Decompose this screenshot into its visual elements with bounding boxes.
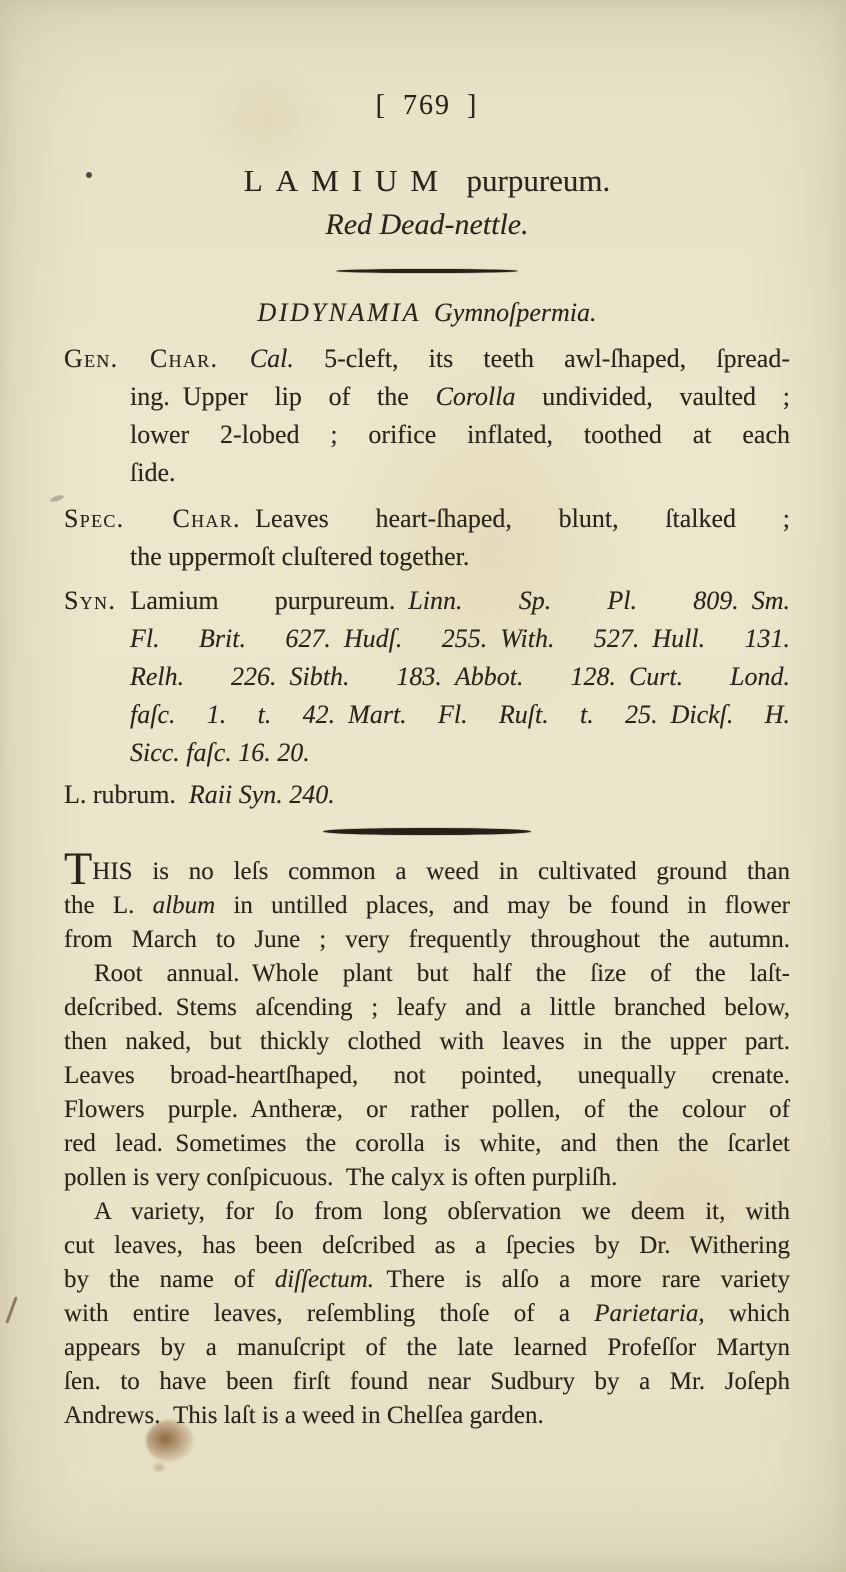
text-line: deſcribed. Stems aſcending ; leafy and a… bbox=[64, 991, 790, 1025]
text-line: Relh. 226. Sibth. 183. Abbot. 128. Curt.… bbox=[64, 658, 790, 696]
text-line: by the name of diſſectum. There is alſo … bbox=[64, 1263, 790, 1297]
text-line: Fl. Brit. 627. Hudſ. 255. With. 527. Hul… bbox=[64, 620, 790, 658]
text-line: the uppermoſt cluſtered together. bbox=[64, 538, 790, 576]
description-body: THIS is no leſs common a weed in cultiva… bbox=[64, 855, 790, 1433]
text-line: Flowers purple. Antheræ, or rather polle… bbox=[64, 1093, 790, 1127]
text-line: lower 2-lobed ; orifice inflated, toothe… bbox=[64, 416, 790, 454]
text-line: faſc. 1. t. 42. Mart. Fl. Ruſt. t. 25. D… bbox=[64, 696, 790, 734]
page-number: [ 769 ] bbox=[64, 90, 790, 122]
spec-char-section: Spec. Char. Leaves heart-ſhaped, blunt, … bbox=[64, 500, 790, 576]
species-common-name: Red Dead-nettle. bbox=[64, 207, 790, 243]
text-line: then naked, but thickly clothed with lea… bbox=[64, 1025, 790, 1059]
text-line: ſen. to have been firſt found near Sudbu… bbox=[64, 1365, 790, 1399]
ink-blot-stain bbox=[152, 1462, 166, 1473]
text-line: A variety, for ſo from long obſervation … bbox=[64, 1195, 790, 1229]
divider-rule-thick bbox=[323, 828, 531, 835]
text-line: Leaves broad-heartſhaped, not pointed, u… bbox=[64, 1059, 790, 1093]
divider-rule-thin bbox=[336, 269, 518, 273]
text-line: Andrews. This laſt is a weed in Chelſea … bbox=[64, 1399, 790, 1433]
page-content: [ 769 ] LAMIUM purpureum. Red Dead-nettl… bbox=[0, 90, 846, 1433]
text-line: Spec. Char. Leaves heart-ſhaped, blunt, … bbox=[64, 500, 790, 538]
text-line: Syn. Lamium purpureum. Linn. Sp. Pl. 809… bbox=[64, 582, 790, 620]
text-line: Sicc. faſc. 16. 20. bbox=[64, 734, 790, 772]
book-page-scan: [ 769 ] LAMIUM purpureum. Red Dead-nettl… bbox=[0, 0, 846, 1572]
text-line: L. rubrum. Raii Syn. 240. bbox=[64, 776, 790, 814]
text-line: appears by a manuſcript of the late lear… bbox=[64, 1331, 790, 1365]
species-title: LAMIUM purpureum. bbox=[64, 162, 790, 199]
text-line: THIS is no leſs common a weed in cultiva… bbox=[64, 855, 790, 889]
text-line: Gen. Char. Cal. 5-cleft, its teeth awl-ſ… bbox=[64, 340, 790, 378]
text-line: ing. Upper lip of the Corolla undivided,… bbox=[64, 378, 790, 416]
classification-heading: DIDYNAMIA Gymnoſpermia. bbox=[64, 297, 790, 328]
gen-char-section: Gen. Char. Cal. 5-cleft, its teeth awl-ſ… bbox=[64, 340, 790, 492]
text-line: the L. album in untilled places, and may… bbox=[64, 889, 790, 923]
text-line: cut leaves, has been deſcribed as a ſpec… bbox=[64, 1229, 790, 1263]
text-line: from March to June ; very frequently thr… bbox=[64, 923, 790, 957]
text-line: pollen is very conſpicuous. The calyx is… bbox=[64, 1161, 790, 1195]
synonym-rubrum-line: L. rubrum. Raii Syn. 240. bbox=[64, 776, 790, 814]
text-line: ſide. bbox=[64, 454, 790, 492]
text-line: with entire leaves, reſembling thoſe of … bbox=[64, 1297, 790, 1331]
text-line: red lead. Sometimes the corolla is white… bbox=[64, 1127, 790, 1161]
text-line: Root annual. Whole plant but half the ſi… bbox=[64, 957, 790, 991]
synonyms-section: Syn. Lamium purpureum. Linn. Sp. Pl. 809… bbox=[64, 582, 790, 772]
